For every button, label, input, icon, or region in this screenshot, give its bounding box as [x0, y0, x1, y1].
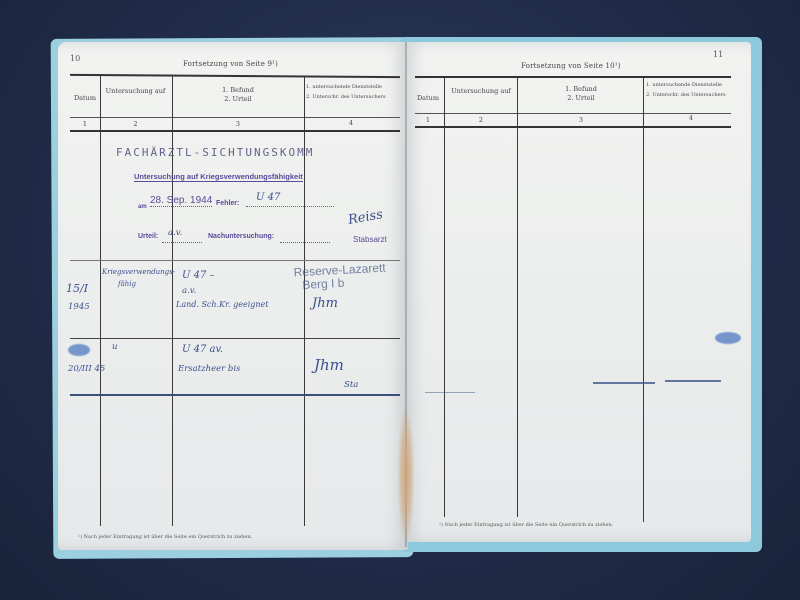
- column-line: [304, 76, 305, 526]
- entry-divider: [70, 338, 400, 339]
- column-number: 3: [519, 116, 643, 124]
- ink-mark: [425, 392, 475, 393]
- entry-2-date: 20/III 45: [68, 364, 105, 374]
- column-line: [643, 77, 644, 522]
- column-number: 4: [306, 119, 396, 127]
- closing-rule: [70, 394, 400, 396]
- column-number: 1: [413, 116, 443, 124]
- header-untersuchung: Untersuchung auf: [106, 87, 166, 95]
- ink-blot: [715, 332, 741, 344]
- header-urteil: 2. Urteil: [173, 95, 303, 104]
- nachuntersuchung-underline: [280, 242, 330, 243]
- column-number: 2: [103, 120, 168, 128]
- header-urteil: 2. Urteil: [519, 94, 643, 103]
- footnote: ¹) Nach jeder Eintragung ist über die Se…: [439, 522, 613, 528]
- header-befund: 1. Befund: [519, 85, 643, 94]
- header-dienststelle: 1. untersuchende Dienststelle: [646, 80, 746, 90]
- header-unterschrift: 2. Unterschr. des Untersuchers: [306, 92, 406, 102]
- entry-2-signature: Jhm: [314, 356, 344, 374]
- column-number: 2: [445, 116, 517, 124]
- continuation-title: Fortsetzung von Seite 10¹): [521, 62, 621, 70]
- urteil-value: a.v.: [168, 228, 182, 238]
- column-number: 3: [173, 120, 303, 128]
- column-line: [517, 77, 518, 517]
- left-page: 10 Fortsetzung von Seite 9¹) Datum Unter…: [58, 42, 408, 550]
- entry-1-finding: U 47 –: [182, 270, 215, 281]
- column-line: [172, 76, 173, 526]
- signature: Reiss: [347, 207, 384, 228]
- column-number: 1: [70, 120, 100, 128]
- page-number: 10: [70, 54, 80, 63]
- rank-stamp: Stabsarzt: [353, 235, 387, 244]
- entry-1-exam: Kriegsverwendungs-: [102, 268, 175, 276]
- ink-blot: [68, 344, 90, 356]
- header-bottom-rule: [415, 126, 731, 128]
- entry-2-exam: u: [112, 342, 117, 352]
- reserve-lazarett-stamp: Reserve-Lazarett Berg I b: [293, 262, 386, 293]
- urteil-underline: [162, 242, 202, 243]
- fehler-value: U 47: [256, 192, 280, 203]
- continuation-title: Fortsetzung von Seite 9¹): [183, 60, 278, 68]
- commission-stamp: FACHÄRZTL-SICHTUNGSKOMM: [116, 146, 314, 159]
- header-divider: [70, 117, 400, 118]
- entry-1-verdict: a.v.: [182, 286, 196, 296]
- entry-1-date: 15/I: [66, 282, 88, 295]
- fehler-label: Fehler:: [216, 200, 239, 207]
- ink-mark: [593, 382, 655, 384]
- header-befund: 1. Befund: [173, 86, 303, 95]
- entry-1-signature: Jhm: [312, 296, 338, 311]
- entry-divider: [70, 260, 400, 261]
- entry-2-remark: Ersatzheer bis: [178, 364, 240, 374]
- urteil-label: Urteil:: [138, 233, 158, 240]
- header-bottom-rule: [70, 130, 400, 132]
- header-untersuchung: Untersuchung auf: [451, 87, 511, 95]
- am-label: am: [138, 204, 147, 210]
- table-top-rule: [415, 76, 731, 78]
- fehler-underline: [246, 206, 334, 207]
- date-underline: [150, 206, 212, 207]
- water-stain: [398, 410, 414, 540]
- column-line: [444, 77, 445, 517]
- entry-1-remark: Land. Sch.Kr. geeignet: [176, 300, 268, 309]
- ink-mark: [665, 380, 721, 382]
- entry-1-exam-2: fähig: [118, 280, 136, 288]
- header-datum: Datum: [70, 94, 100, 103]
- footnote: ¹) Nach jeder Eintragung ist über die Se…: [78, 534, 252, 540]
- entry-1-year: 1945: [68, 302, 90, 312]
- table-top-rule: [70, 74, 400, 78]
- header-dienststelle: 1. untersuchende Dienststelle: [306, 82, 406, 92]
- nachuntersuchung-label: Nachuntersuchung:: [208, 233, 274, 240]
- entry-2-finding: U 47 av.: [182, 344, 223, 355]
- header-unterschrift: 2. Unterschr. des Untersuchers: [646, 90, 746, 100]
- page-number: 11: [713, 50, 723, 59]
- exam-title-stamp: Untersuchung auf Kriegsverwendungsfähigk…: [134, 172, 303, 182]
- column-number: 4: [646, 114, 736, 122]
- entry-2-initials: Sta: [344, 380, 358, 390]
- column-line: [100, 76, 101, 526]
- header-datum: Datum: [413, 94, 443, 103]
- right-page: 11 Fortsetzung von Seite 10¹) Datum Unte…: [403, 42, 751, 542]
- exam-date: 28. Sep. 1944: [150, 195, 212, 206]
